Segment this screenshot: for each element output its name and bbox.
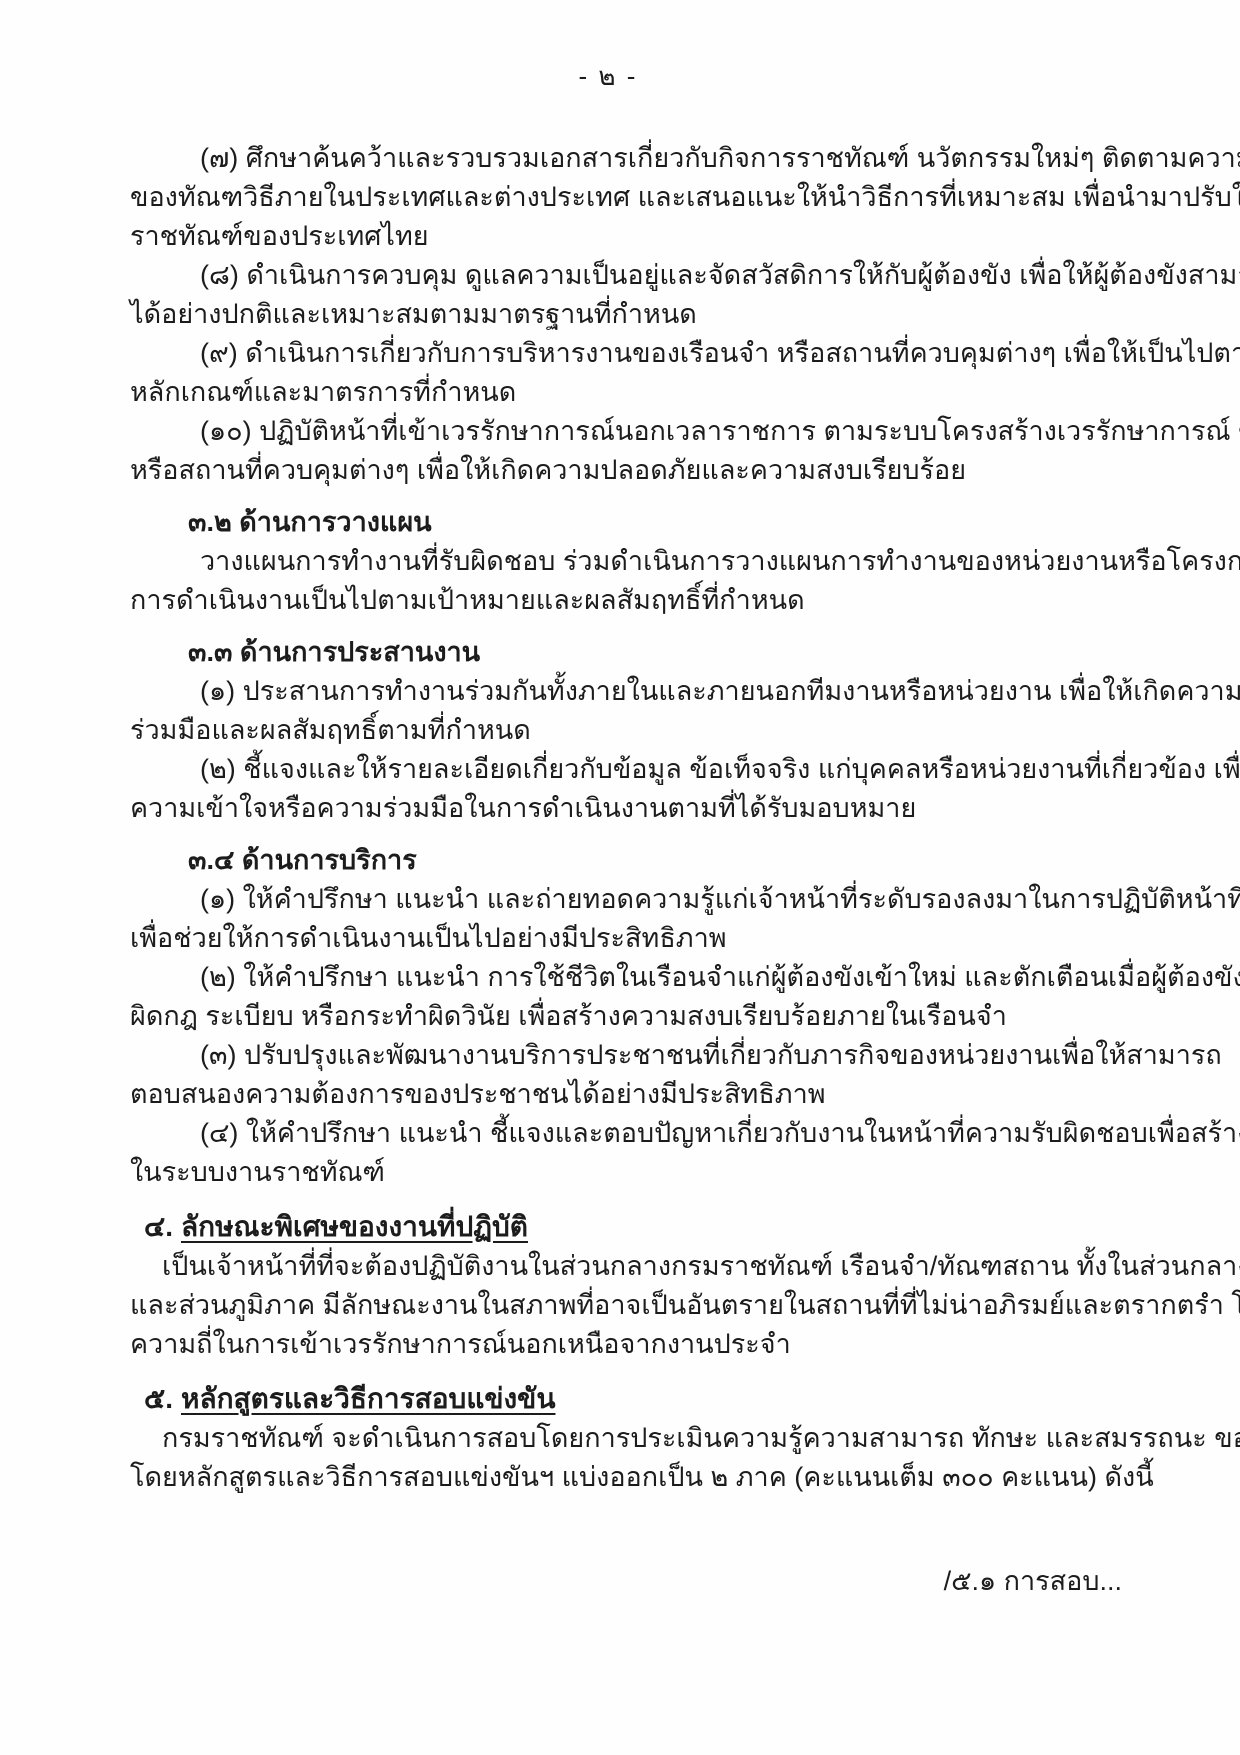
section-heading-3-2: ๓.๒ ด้านการวางแผน — [130, 503, 1190, 542]
section-3-4-item-4-line-1: (๔) ให้คำปรึกษา แนะนำ ชี้แจงและตอบปัญหาเ… — [130, 1114, 1190, 1153]
section-heading-4: ๔.ลักษณะพิเศษของงานที่ปฏิบัติ — [130, 1207, 1190, 1247]
section-4-title: ลักษณะพิเศษของงานที่ปฏิบัติ — [181, 1211, 528, 1242]
paragraph-7-line-3: ราชทัณฑ์ของประเทศไทย — [130, 217, 1190, 256]
paragraph-8-line-2: ได้อย่างปกติและเหมาะสมตามมาตรฐานที่กำหนด — [130, 295, 1190, 334]
section-4-number: ๔. — [144, 1211, 173, 1242]
section-5-line-2: โดยหลักสูตรและวิธีการสอบแข่งขันฯ แบ่งออก… — [130, 1458, 1190, 1497]
section-5-number: ๕. — [144, 1383, 173, 1414]
section-4-line-3: ความถี่ในการเข้าเวรรักษาการณ์นอกเหนือจาก… — [130, 1325, 1190, 1364]
section-3-4-item-3-line-1: (๓) ปรับปรุงและพัฒนางานบริการประชาชนที่เ… — [130, 1036, 1190, 1075]
section-3-3-item-2-line-2: ความเข้าใจหรือความร่วมมือในการดำเนินงานต… — [130, 789, 1190, 828]
section-3-4-item-2-line-1: (๒) ให้คำปรึกษา แนะนำ การใช้ชีวิตในเรือน… — [130, 958, 1190, 997]
section-heading-3-4: ๓.๔ ด้านการบริการ — [130, 841, 1190, 880]
section-3-4-item-1-line-2: เพื่อช่วยให้การดำเนินงานเป็นไปอย่างมีประ… — [130, 919, 1190, 958]
paragraph-8-line-1: (๘) ดำเนินการควบคุม ดูแลความเป็นอยู่และจ… — [130, 256, 1190, 295]
section-4-line-2: และส่วนภูมิภาค มีลักษณะงานในสภาพที่อาจเป… — [130, 1286, 1190, 1325]
section-3-4-item-4-line-2: ในระบบงานราชทัณฑ์ — [130, 1153, 1190, 1192]
section-5-title: หลักสูตรและวิธีการสอบแข่งขัน — [181, 1383, 555, 1414]
section-3-4-item-2-line-2: ผิดกฎ ระเบียบ หรือกระทำผิดวินัย เพื่อสร้… — [130, 997, 1190, 1036]
section-5-line-1: กรมราชทัณฑ์ จะดำเนินการสอบโดยการประเมินค… — [130, 1419, 1190, 1458]
section-3-4-item-1-line-1: (๑) ให้คำปรึกษา แนะนำ และถ่ายทอดความรู้แ… — [130, 880, 1190, 919]
paragraph-9-line-1: (๙) ดำเนินการเกี่ยวกับการบริหารงานของเรื… — [130, 334, 1190, 373]
section-heading-3-3: ๓.๓ ด้านการประสานงาน — [130, 633, 1190, 672]
continuation-mark: /๕.๑ การสอบ... — [130, 1559, 1190, 1602]
paragraph-10-line-2: หรือสถานที่ควบคุมต่างๆ เพื่อให้เกิดความป… — [130, 451, 1190, 490]
section-3-3-item-1-line-1: (๑) ประสานการทำงานร่วมกันทั้งภายในและภาย… — [130, 672, 1190, 711]
section-3-4-item-3-line-2: ตอบสนองความต้องการของประชาชนได้อย่างมีปร… — [130, 1075, 1190, 1114]
page-number: - ๒ - — [78, 56, 1138, 97]
paragraph-7-line-2: ของทัณฑวิธีภายในประเทศและต่างประเทศ และเ… — [130, 178, 1190, 217]
paragraph-7-line-1: (๗) ศึกษาค้นคว้าและรวบรวมเอกสารเกี่ยวกับ… — [130, 139, 1190, 178]
section-3-2-line-1: วางแผนการทำงานที่รับผิดชอบ ร่วมดำเนินการ… — [130, 542, 1190, 581]
paragraph-10-line-1: (๑๐) ปฏิบัติหน้าที่เข้าเวรรักษาการณ์นอกเ… — [130, 412, 1190, 451]
section-4-line-1: เป็นเจ้าหน้าที่ที่จะต้องปฏิบัติงานในส่วน… — [130, 1247, 1190, 1286]
document-page: - ๒ - (๗) ศึกษาค้นคว้าและรวบรวมเอกสารเกี… — [0, 0, 1240, 1755]
section-3-2-line-2: การดำเนินงานเป็นไปตามเป้าหมายและผลสัมฤทธ… — [130, 581, 1190, 620]
section-3-3-item-1-line-2: ร่วมมือและผลสัมฤทธิ์ตามที่กำหนด — [130, 711, 1190, 750]
section-3-3-item-2-line-1: (๒) ชี้แจงและให้รายละเอียดเกี่ยวกับข้อมู… — [130, 750, 1190, 789]
paragraph-9-line-2: หลักเกณฑ์และมาตรการที่กำหนด — [130, 373, 1190, 412]
section-heading-5: ๕.หลักสูตรและวิธีการสอบแข่งขัน — [130, 1379, 1190, 1419]
